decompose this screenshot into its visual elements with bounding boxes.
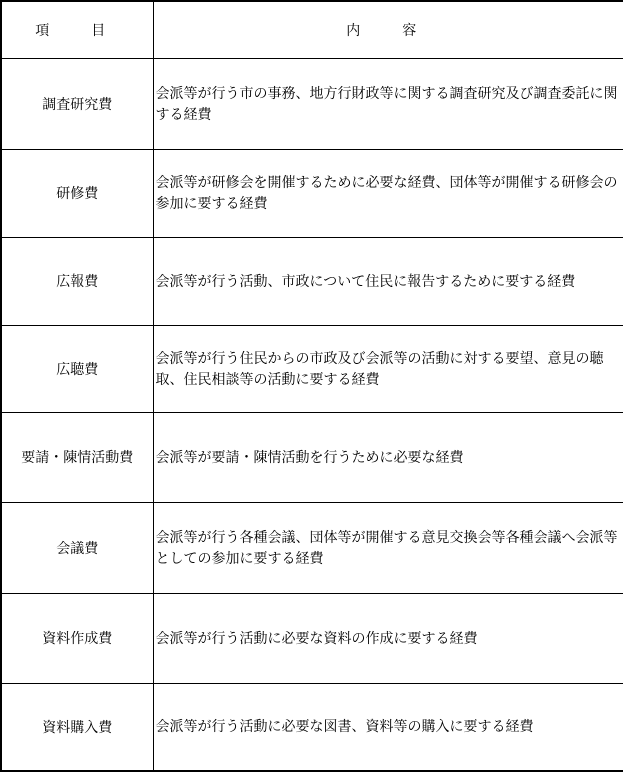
content-cell: 会派等が要請・陳情活動を行うために必要な経費 [153, 412, 623, 502]
header-item-column: 項 目 [1, 1, 153, 58]
expense-category-table: 項 目 内 容 調査研究費 会派等が行う市の事務、地方行財政等に関する調査研究及… [0, 0, 623, 772]
header-content-column: 内 容 [153, 1, 623, 58]
header-row: 項 目 内 容 [1, 1, 623, 58]
content-cell: 会派等が研修会を開催するために必要な経費、団体等が開催する研修会の参加に要する経… [153, 149, 623, 237]
item-cell: 調査研究費 [1, 58, 153, 149]
item-cell: 要請・陳情活動費 [1, 412, 153, 502]
content-cell: 会派等が行う活動に必要な図書、資料等の購入に要する経費 [153, 683, 623, 771]
item-cell: 資料作成費 [1, 593, 153, 683]
item-cell: 研修費 [1, 149, 153, 237]
table-row: 研修費 会派等が研修会を開催するために必要な経費、団体等が開催する研修会の参加に… [1, 149, 623, 237]
item-cell: 資料購入費 [1, 683, 153, 771]
item-cell: 広聴費 [1, 325, 153, 412]
table-row: 資料購入費 会派等が行う活動に必要な図書、資料等の購入に要する経費 [1, 683, 623, 771]
table-row: 会議費 会派等が行う各種会議、団体等が開催する意見交換会等各種会議へ会派等として… [1, 502, 623, 593]
content-cell: 会派等が行う住民からの市政及び会派等の活動に対する要望、意見の聴取、住民相談等の… [153, 325, 623, 412]
table-row: 調査研究費 会派等が行う市の事務、地方行財政等に関する調査研究及び調査委託に関す… [1, 58, 623, 149]
table-row: 資料作成費 会派等が行う活動に必要な資料の作成に要する経費 [1, 593, 623, 683]
item-cell: 会議費 [1, 502, 153, 593]
content-cell: 会派等が行う各種会議、団体等が開催する意見交換会等各種会議へ会派等としての参加に… [153, 502, 623, 593]
table-row: 広報費 会派等が行う活動、市政について住民に報告するために要する経費 [1, 237, 623, 325]
table-row: 要請・陳情活動費 会派等が要請・陳情活動を行うために必要な経費 [1, 412, 623, 502]
content-cell: 会派等が行う市の事務、地方行財政等に関する調査研究及び調査委託に関する経費 [153, 58, 623, 149]
item-cell: 広報費 [1, 237, 153, 325]
table-row: 広聴費 会派等が行う住民からの市政及び会派等の活動に対する要望、意見の聴取、住民… [1, 325, 623, 412]
content-cell: 会派等が行う活動、市政について住民に報告するために要する経費 [153, 237, 623, 325]
content-cell: 会派等が行う活動に必要な資料の作成に要する経費 [153, 593, 623, 683]
